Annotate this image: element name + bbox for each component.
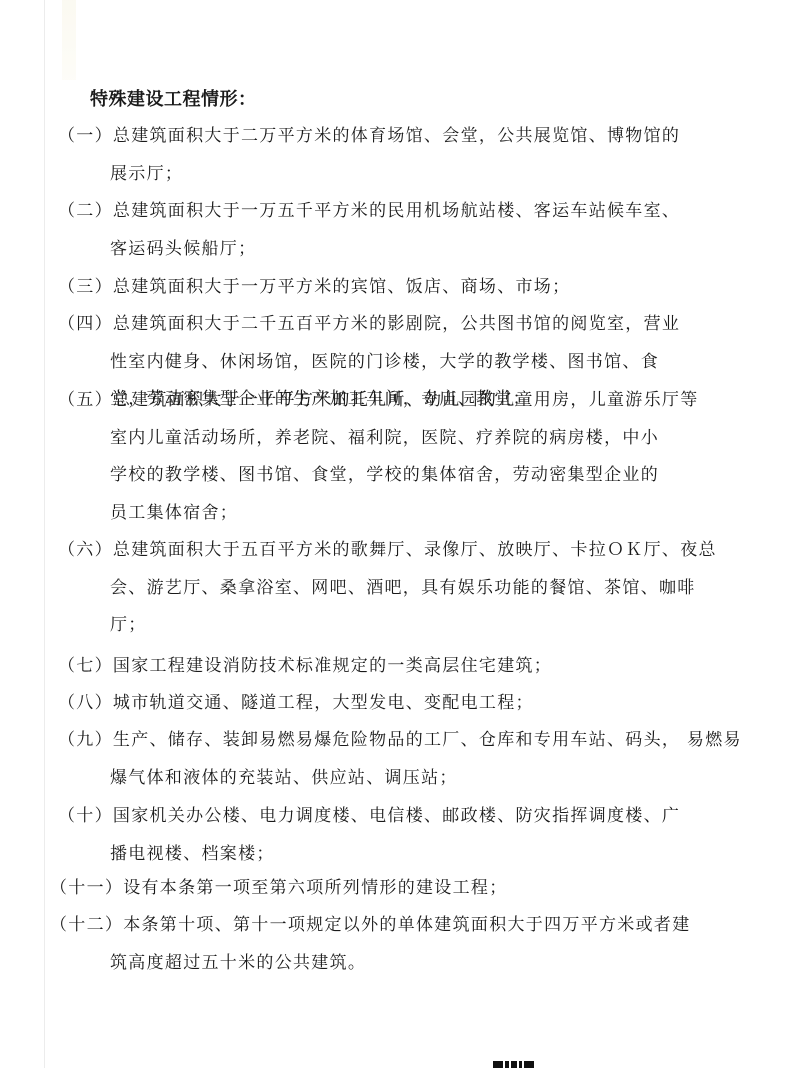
- item-line: （十一）设有本条第一项至第六项所列情形的建设工程；: [50, 870, 650, 908]
- item-number: （十一）: [50, 870, 123, 908]
- qr-code-partial: [493, 1061, 539, 1068]
- item-line: 室内儿童活动场所，养老院、福利院，医院、疗养院的病房楼，中小: [58, 420, 658, 458]
- item-text: 总建筑面积大于一千平方米的托儿所、幼儿园的儿童用房，儿童游乐厅等: [113, 390, 699, 410]
- item-line: 学校的教学楼、图书馆、食堂，学校的集体宿舍，劳动密集型企业的: [58, 457, 658, 495]
- item-line: （十）国家机关办公楼、电力调度楼、电信楼、邮政楼、防灾指挥调度楼、广: [58, 798, 658, 836]
- item-line: （三）总建筑面积大于一万平方米的宾馆、饭店、商场、市场；: [58, 269, 658, 307]
- list-item-7: （七）国家工程建设消防技术标准规定的一类高层住宅建筑；: [58, 648, 658, 686]
- item-number: （五）: [58, 382, 113, 420]
- item-line: （九）生产、储存、装卸易燃易爆危险物品的工厂、仓库和专用车站、码头， 易燃易: [58, 722, 658, 760]
- item-text: 总建筑面积大于二千五百平方米的影剧院，公共图书馆的阅览室，营业: [113, 314, 680, 334]
- list-item-9: （九）生产、储存、装卸易燃易爆危险物品的工厂、仓库和专用车站、码头， 易燃易 爆…: [58, 722, 658, 797]
- list-item-8: （八）城市轨道交通、隧道工程，大型发电、变配电工程；: [58, 685, 658, 723]
- item-text: 总建筑面积大于一万五千平方米的民用机场航站楼、客运车站候车室、: [113, 201, 680, 221]
- item-number: （二）: [58, 193, 113, 231]
- item-text: 设有本条第一项至第六项所列情形的建设工程；: [123, 878, 507, 898]
- item-line: 筑高度超过五十米的公共建筑。: [50, 945, 650, 983]
- item-number: （一）: [58, 118, 113, 156]
- document-title: 特殊建设工程情形：: [90, 88, 257, 112]
- item-line: （七）国家工程建设消防技术标准规定的一类高层住宅建筑；: [58, 648, 658, 686]
- item-line: （六）总建筑面积大于五百平方米的歌舞厅、录像厅、放映厅、卡拉ＯＫ厅、夜总: [58, 532, 658, 570]
- item-number: （十）: [58, 798, 113, 836]
- item-text: 总建筑面积大于一万平方米的宾馆、饭店、商场、市场；: [113, 277, 571, 297]
- item-text: 生产、储存、装卸易燃易爆危险物品的工厂、仓库和专用车站、码头， 易燃易: [113, 730, 742, 750]
- item-text: 城市轨道交通、隧道工程，大型发电、变配电工程；: [113, 693, 534, 713]
- item-number: （三）: [58, 269, 113, 307]
- list-item-10: （十）国家机关办公楼、电力调度楼、电信楼、邮政楼、防灾指挥调度楼、广 播电视楼、…: [58, 798, 658, 873]
- item-line: 会、游艺厅、桑拿浴室、网吧、酒吧，具有娱乐功能的餐馆、茶馆、咖啡: [58, 570, 658, 608]
- list-item-1: （一）总建筑面积大于二万平方米的体育场馆、会堂，公共展览馆、博物馆的 展示厅；: [58, 118, 658, 193]
- item-line: 性室内健身、休闲场馆，医院的门诊楼，大学的教学楼、图书馆、食: [58, 344, 658, 382]
- list-item-5: （五）总建筑面积大于一千平方米的托儿所、幼儿园的儿童用房，儿童游乐厅等 室内儿童…: [58, 382, 658, 532]
- list-item-2: （二）总建筑面积大于一万五千平方米的民用机场航站楼、客运车站候车室、 客运码头候…: [58, 193, 658, 268]
- item-number: （八）: [58, 685, 113, 723]
- scan-edge-line: [44, 0, 45, 1068]
- item-text: 总建筑面积大于五百平方米的歌舞厅、录像厅、放映厅、卡拉ＯＫ厅、夜总: [113, 540, 717, 560]
- item-line: （二）总建筑面积大于一万五千平方米的民用机场航站楼、客运车站候车室、: [58, 193, 658, 231]
- list-item-6: （六）总建筑面积大于五百平方米的歌舞厅、录像厅、放映厅、卡拉ＯＫ厅、夜总 会、游…: [58, 532, 658, 645]
- item-line: 播电视楼、档案楼；: [58, 836, 658, 874]
- item-line: （十二）本条第十项、第十一项规定以外的单体建筑面积大于四万平方米或者建: [50, 907, 650, 945]
- item-number: （六）: [58, 532, 113, 570]
- item-number: （四）: [58, 306, 113, 344]
- item-text: 国家工程建设消防技术标准规定的一类高层住宅建筑；: [113, 656, 552, 676]
- item-text: 本条第十项、第十一项规定以外的单体建筑面积大于四万平方米或者建: [123, 915, 690, 935]
- item-number: （七）: [58, 648, 113, 686]
- item-number: （十二）: [50, 907, 123, 945]
- item-line: （五）总建筑面积大于一千平方米的托儿所、幼儿园的儿童用房，儿童游乐厅等: [58, 382, 658, 420]
- item-text: 国家机关办公楼、电力调度楼、电信楼、邮政楼、防灾指挥调度楼、广: [113, 806, 680, 826]
- list-item-11: （十一）设有本条第一项至第六项所列情形的建设工程；: [50, 870, 650, 908]
- item-line: （四）总建筑面积大于二千五百平方米的影剧院，公共图书馆的阅览室，营业: [58, 306, 658, 344]
- item-line: 爆气体和液体的充装站、供应站、调压站；: [58, 760, 658, 798]
- item-number: （九）: [58, 722, 113, 760]
- item-line: 厅；: [58, 607, 658, 645]
- list-item-3: （三）总建筑面积大于一万平方米的宾馆、饭店、商场、市场；: [58, 269, 658, 307]
- item-line: 展示厅；: [58, 156, 658, 194]
- item-line: （八）城市轨道交通、隧道工程，大型发电、变配电工程；: [58, 685, 658, 723]
- document-page: 特殊建设工程情形： （一）总建筑面积大于二万平方米的体育场馆、会堂，公共展览馆、…: [0, 0, 793, 1068]
- list-item-12: （十二）本条第十项、第十一项规定以外的单体建筑面积大于四万平方米或者建 筑高度超…: [50, 907, 650, 982]
- item-line: 客运码头候船厅；: [58, 231, 658, 269]
- scan-stain: [62, 0, 76, 80]
- item-text: 总建筑面积大于二万平方米的体育场馆、会堂，公共展览馆、博物馆的: [113, 126, 680, 146]
- item-line: 员工集体宿舍；: [58, 495, 658, 533]
- item-line: （一）总建筑面积大于二万平方米的体育场馆、会堂，公共展览馆、博物馆的: [58, 118, 658, 156]
